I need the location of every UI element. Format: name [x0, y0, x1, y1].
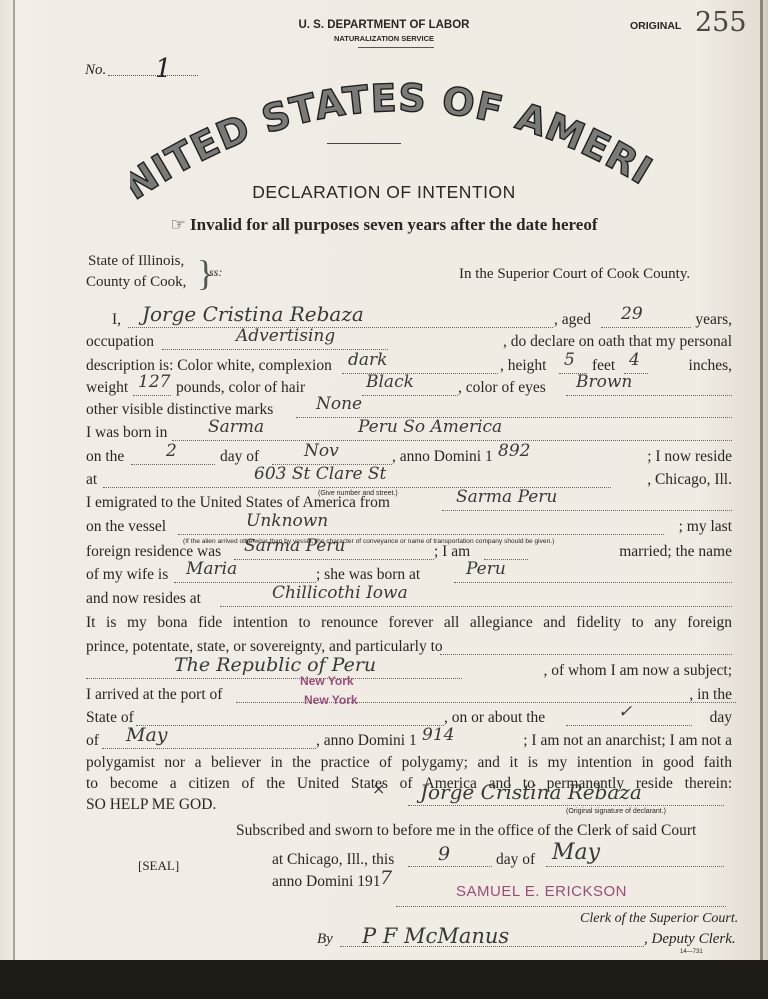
- marks-value: None: [316, 393, 362, 415]
- row-foreign-residence: foreign residence was Sarma Peru ; I am …: [86, 541, 732, 563]
- row-oath-1: polygamist nor a believer in the practic…: [86, 752, 732, 774]
- i-am-label: ; I am: [434, 541, 470, 563]
- day-label: day: [710, 707, 732, 729]
- invalid-notice-text: Invalid for all purposes seven years aft…: [190, 215, 598, 234]
- my-last-label: ; my last: [679, 516, 732, 538]
- row-weight: weight 127 pounds, color of hair Black ,…: [86, 377, 732, 399]
- name-value: Jorge Cristina Rebaza: [142, 303, 364, 325]
- jurat-day-of-label: day of: [496, 851, 535, 869]
- complexion-value: dark: [348, 349, 387, 371]
- years-label: years,: [695, 309, 732, 331]
- born-place-value: Sarma: [208, 416, 264, 438]
- weight-label: weight: [86, 377, 128, 399]
- jurat-day-field[interactable]: [408, 866, 492, 867]
- arc-rule: [327, 143, 401, 144]
- vessel-value: Unknown: [246, 510, 328, 532]
- original-label: ORIGINAL: [630, 20, 681, 32]
- signature-line[interactable]: [408, 805, 724, 806]
- page-edge: [760, 0, 763, 960]
- seal-label: [SEAL]: [138, 858, 179, 874]
- clerk-signature-line[interactable]: [396, 906, 726, 907]
- state-stamp: New York: [304, 689, 358, 711]
- row-renounce-1: It is my bona fide intention to renounce…: [86, 612, 732, 634]
- clerk-name-stamp: SAMUEL E. ERICKSON: [456, 883, 627, 900]
- wife-resides-value: Chillicothi Iowa: [272, 582, 408, 604]
- jurat-anno-label: anno Domini 191: [272, 873, 381, 891]
- row-vessel: on the vessel Unknown ; my last (If the …: [86, 516, 732, 538]
- at-label: at: [86, 469, 97, 491]
- aged-label: , aged: [554, 309, 591, 331]
- hair-value: Black: [366, 371, 414, 393]
- row-name: I, Jorge Cristina Rebaza , aged 29 years…: [86, 309, 732, 331]
- page-binding-line: [13, 0, 15, 960]
- header-rule: [358, 47, 434, 48]
- declare-label: , do declare on oath that my personal: [503, 331, 732, 353]
- clerk-title: Clerk of the Superior Court.: [580, 911, 738, 927]
- ss-label: ss:: [209, 265, 222, 280]
- description-label: description is: Color white, complexion: [86, 355, 332, 377]
- age-value: 29: [621, 303, 643, 325]
- row-wife-resides: and now resides at Chillicothi Iowa: [86, 588, 732, 610]
- row-wife: of my wife is Maria ; she was born at Pe…: [86, 564, 732, 586]
- scan-background: [0, 960, 768, 999]
- birth-year-value: 892: [498, 440, 530, 462]
- height-inches-value: 4: [629, 349, 640, 371]
- vessel-label: on the vessel: [86, 516, 166, 538]
- in-the-label: , in the: [689, 684, 732, 706]
- port-label: I arrived at the port of: [86, 684, 222, 706]
- emigrated-label: I emigrated to the United States of Amer…: [86, 492, 390, 514]
- pointing-hand-icon: ☞: [171, 215, 186, 235]
- arrival-anno-label: , anno Domini 1: [316, 730, 417, 752]
- deputy-signature: P F McManus: [362, 924, 509, 948]
- by-label: By: [317, 931, 333, 948]
- row-state: State of New York , on or about the ✓ da…: [86, 707, 732, 729]
- row-emigrated: I emigrated to the United States of Amer…: [86, 492, 732, 514]
- row-birth-date: on the 2 day of Nov , anno Domini 1 892 …: [86, 446, 732, 468]
- state-field[interactable]: [136, 707, 444, 726]
- no-label: No.: [85, 62, 106, 79]
- eyes-value: Brown: [576, 371, 632, 393]
- deputy-clerk-title: , Deputy Clerk.: [644, 931, 736, 948]
- reside-label: ; I now reside: [647, 446, 732, 468]
- born-country-value: Peru So America: [358, 416, 502, 438]
- weight-value: 127: [138, 371, 170, 393]
- jurat-at-label: at Chicago, Ill., this: [272, 851, 394, 869]
- jurat-month-value: May: [552, 840, 600, 865]
- birth-day-value: 2: [166, 440, 177, 462]
- born-label: I was born in: [86, 422, 167, 444]
- arc-title-text: UNITED STATES OF AMERICA: [130, 70, 660, 200]
- jurat-month-field[interactable]: [546, 866, 724, 867]
- invalid-notice: ☞ Invalid for all purposes seven years a…: [0, 215, 768, 235]
- occupation-label: occupation: [86, 331, 154, 353]
- so-help-me-god: SO HELP ME GOD.: [86, 794, 216, 816]
- address-value: 603 St Clare St: [254, 463, 386, 485]
- anno-domini-label: , anno Domini 1: [392, 446, 493, 468]
- jurat-year-value: 7: [380, 867, 392, 889]
- city-label: , Chicago, Ill.: [647, 469, 732, 491]
- original-number: 255: [695, 7, 747, 38]
- occupation-value: Advertising: [236, 325, 335, 347]
- row-arrival-date: of May , anno Domini 1 914 ; I am not an…: [86, 730, 732, 752]
- signature-mark: ⨯: [372, 779, 385, 798]
- united-states-arc-title: UNITED STATES OF AMERICA: [130, 70, 670, 200]
- wife-resides-label: and now resides at: [86, 588, 201, 610]
- arrival-month-value: May: [126, 724, 168, 746]
- pounds-label: pounds, color of hair: [176, 377, 305, 399]
- on-or-about-label: , on or about the: [444, 707, 545, 729]
- renounce-text-1: It is my bona fide intention to renounce…: [86, 612, 732, 634]
- county-label: County of Cook,: [86, 274, 186, 291]
- emigrated-value: Sarma Peru: [456, 486, 557, 508]
- row-address: at 603 St Clare St , Chicago, Ill. (Give…: [86, 469, 732, 491]
- declarant-signature: Jorge Cristina Rebaza: [420, 780, 642, 804]
- row-born: I was born in Sarma Peru So America: [86, 422, 732, 444]
- inches-label: inches,: [689, 355, 732, 377]
- eyes-label: , color of eyes: [458, 377, 546, 399]
- document-page: U. S. DEPARTMENT OF LABOR NATURALIZATION…: [0, 0, 768, 960]
- height-feet-value: 5: [564, 349, 575, 371]
- birth-month-value: Nov: [304, 440, 339, 462]
- married-label: married; the name: [619, 541, 732, 563]
- sovereign-field-top[interactable]: [440, 636, 732, 655]
- of-label: of: [86, 730, 99, 752]
- anarchist-label: ; I am not an anarchist; I am not a: [523, 730, 732, 752]
- wife-born-value: Peru: [466, 558, 506, 580]
- oath-text-1: polygamist nor a believer in the practic…: [86, 752, 732, 774]
- state-label: State of Illinois,: [88, 253, 184, 270]
- on-the-label: on the: [86, 446, 124, 468]
- court-label: In the Superior Court of Cook County.: [459, 266, 690, 283]
- age-field[interactable]: [601, 309, 691, 328]
- jurat-day-value: 9: [438, 843, 450, 865]
- wife-label: of my wife is: [86, 564, 168, 586]
- service-heading: NATURALIZATION SERVICE: [0, 34, 768, 43]
- row-sovereign: The Republic of Peru , of whom I am now …: [86, 660, 732, 682]
- row-port: I arrived at the port of New York , in t…: [86, 684, 732, 706]
- declaration-heading: DECLARATION OF INTENTION: [0, 182, 768, 203]
- form-number: 14—731: [680, 949, 703, 955]
- arrival-year-value: 914: [422, 724, 454, 746]
- arrival-day-value: ✓: [618, 701, 632, 723]
- height-label: , height: [500, 355, 547, 377]
- jurat-text: Subscribed and sworn to before me in the…: [236, 822, 696, 840]
- foreign-residence-value: Sarma Peru: [244, 535, 345, 557]
- i-label: I,: [112, 309, 121, 331]
- subject-label: , of whom I am now a subject;: [543, 660, 732, 682]
- wife-name-value: Maria: [186, 558, 237, 580]
- signature-hint: (Original signature of declarant.): [566, 808, 666, 815]
